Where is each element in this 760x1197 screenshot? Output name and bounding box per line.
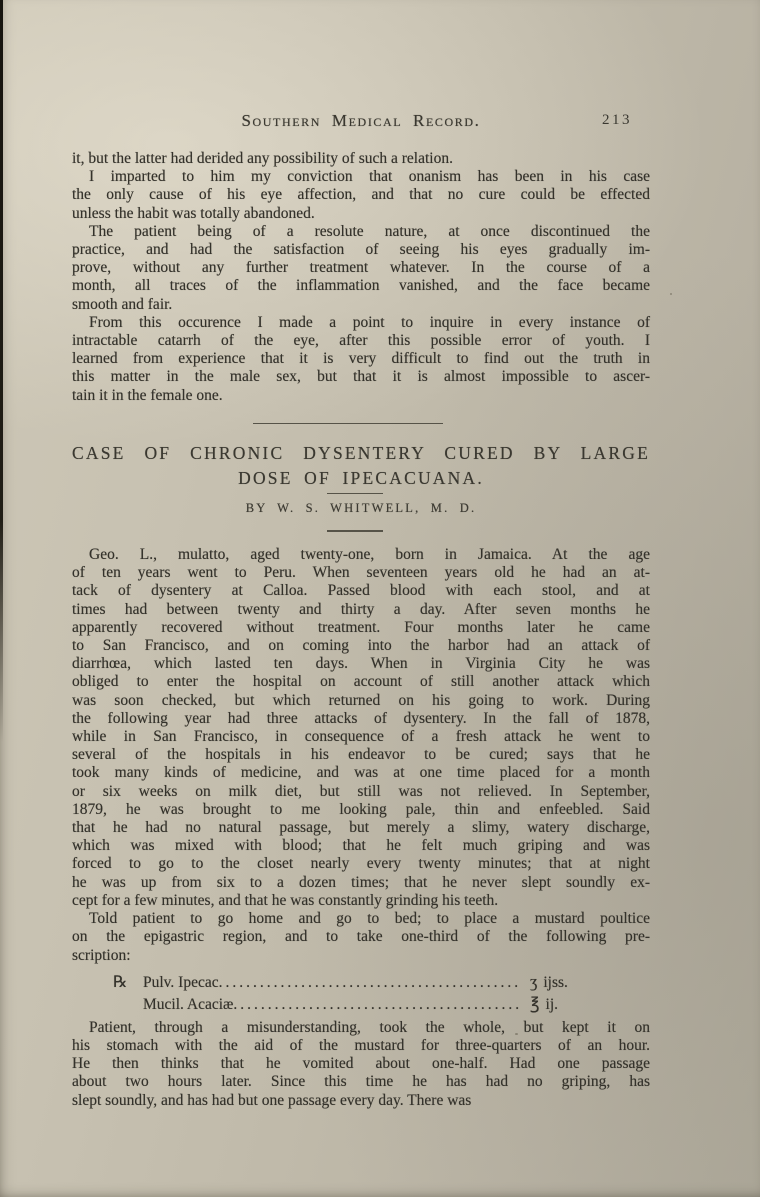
text-line: tain it in the female one. bbox=[72, 387, 650, 405]
text-line: his stomach with the aid of the mustard … bbox=[72, 1037, 650, 1055]
text-line: 1879, he was brought to me looking pale,… bbox=[72, 801, 650, 819]
text-line: forced to go to the closet nearly every … bbox=[72, 855, 650, 873]
title-rule bbox=[327, 493, 383, 495]
rx-symbol: ℞ bbox=[113, 972, 143, 993]
text-line: I imparted to him my conviction that ona… bbox=[72, 168, 650, 186]
text-line: while in San Francisco, in consequence o… bbox=[72, 728, 650, 746]
text-line: the following year had three attacks of … bbox=[72, 710, 650, 728]
text-line: apparently recovered without treatment. … bbox=[72, 619, 650, 637]
text-line: From this occurence I made a point to in… bbox=[72, 314, 650, 332]
text-line: was soon checked, but which returned on … bbox=[72, 692, 650, 710]
text-line: scription: bbox=[72, 947, 650, 965]
text-line: of ten years went to Peru. When seventee… bbox=[72, 564, 650, 582]
text-line: Patient, through a misunderstanding, too… bbox=[72, 1019, 650, 1037]
text-line: times had between twenty and thirty a da… bbox=[72, 601, 650, 619]
text-line: prove, without any further treatment wha… bbox=[72, 259, 650, 277]
scanned-journal-page: Southern Medical Record. 213 it, but the… bbox=[0, 0, 760, 1197]
article-title-line1: CASE OF CHRONIC DYSENTERY CURED BY LARGE bbox=[72, 441, 650, 466]
dot-leader: ........................................… bbox=[233, 994, 521, 1015]
journal-title: Southern Medical Record. bbox=[72, 111, 650, 131]
text-line: to San Francisco, and on coming into the… bbox=[72, 637, 650, 655]
paragraph: The patient being of a resolute nature, … bbox=[72, 223, 650, 314]
text-line: about two hours later. Since this time h… bbox=[72, 1073, 650, 1091]
text-line: it, but the latter had derided any possi… bbox=[72, 150, 650, 168]
text-line: cept for a few minutes, and that he was … bbox=[72, 892, 650, 910]
running-header: Southern Medical Record. 213 bbox=[72, 111, 650, 131]
section-divider-rule bbox=[253, 423, 443, 424]
apothecary-unit-symbol: ʒ bbox=[530, 972, 543, 991]
scan-edge-shadow bbox=[0, 0, 3, 742]
paragraph: I imparted to him my conviction that ona… bbox=[72, 168, 650, 223]
text-line: intractable catarrh of the eye, after th… bbox=[72, 332, 650, 350]
prescription-block: ℞Pulv. Ipecac...........................… bbox=[113, 971, 604, 1015]
prescription-row: ℞Pulv. Ipecac...........................… bbox=[113, 971, 604, 993]
article-title: CASE OF CHRONIC DYSENTERY CURED BY LARGE… bbox=[72, 441, 650, 491]
text-line: several of the hospitals in his endeavor… bbox=[72, 746, 650, 764]
byline-rule bbox=[327, 530, 383, 532]
closing-paragraphs: Patient, through a misunderstanding, too… bbox=[72, 1019, 650, 1110]
quantity-value: ij. bbox=[546, 996, 559, 1013]
dot-leader: ........................................… bbox=[219, 972, 521, 993]
apothecary-unit-symbol: ℥ bbox=[530, 994, 546, 1013]
text-line: took many kinds of medicine, and was at … bbox=[72, 764, 650, 782]
quantity-value: ijss. bbox=[543, 974, 568, 991]
paragraph: it, but the latter had derided any possi… bbox=[72, 150, 650, 168]
text-line: that he had no natural passage, but mere… bbox=[72, 819, 650, 837]
text-line: He then thinks that he vomited about one… bbox=[72, 1055, 650, 1073]
text-line: learned from experience that it is very … bbox=[72, 350, 650, 368]
intro-paragraphs: it, but the latter had derided any possi… bbox=[72, 150, 650, 405]
text-line: practice, and had the satisfaction of se… bbox=[72, 241, 650, 259]
text-line: he was up from six to a dozen times; tha… bbox=[72, 874, 650, 892]
article-byline: BY W. S. WHITWELL, M. D. bbox=[72, 501, 650, 515]
text-line: obliged to enter the hospital on account… bbox=[72, 673, 650, 691]
text-line: diarrhœa, which lasted ten days. When in… bbox=[72, 655, 650, 673]
text-line: on the epigastric region, and to take on… bbox=[72, 928, 650, 946]
text-line: Geo. L., mulatto, aged twenty-one, born … bbox=[72, 546, 650, 564]
text-line: tack of dysentery at Calloa. Passed bloo… bbox=[72, 582, 650, 600]
text-line: The patient being of a resolute nature, … bbox=[72, 223, 650, 241]
article-paragraphs: Geo. L., mulatto, aged twenty-one, born … bbox=[72, 546, 650, 965]
article-title-line2: DOSE OF IPECACUANA. bbox=[72, 466, 650, 491]
paragraph: Told patient to go home and go to bed; t… bbox=[72, 910, 650, 965]
paragraph: Geo. L., mulatto, aged twenty-one, born … bbox=[72, 546, 650, 910]
paragraph: Patient, through a misunderstanding, too… bbox=[72, 1019, 650, 1110]
paper-speck bbox=[670, 293, 672, 295]
ingredient-name: Mucil. Acaciæ bbox=[143, 994, 233, 1015]
text-line: slept soundly, and has had but one passa… bbox=[72, 1092, 650, 1110]
quantity: ℥ij. bbox=[521, 993, 604, 1015]
ingredient-name: Pulv. Ipecac bbox=[143, 972, 219, 993]
text-line: month, all traces of the inflammation va… bbox=[72, 277, 650, 295]
text-line: unless the habit was totally abandoned. bbox=[72, 205, 650, 223]
text-line: this matter in the male sex, but that it… bbox=[72, 368, 650, 386]
text-line: smooth and fair. bbox=[72, 296, 650, 314]
text-line: the only cause of his eye affection, and… bbox=[72, 186, 650, 204]
text-column: it, but the latter had derided any possi… bbox=[72, 150, 650, 1110]
paragraph: From this occurence I made a point to in… bbox=[72, 314, 650, 405]
text-line: which was mixed with blood; that he felt… bbox=[72, 837, 650, 855]
text-line: or six weeks on milk diet, but still was… bbox=[72, 783, 650, 801]
prescription-row: Mucil. Acaciæ...........................… bbox=[113, 993, 604, 1015]
text-line: Told patient to go home and go to bed; t… bbox=[72, 910, 650, 928]
quantity: ʒijss. bbox=[521, 971, 604, 993]
page-number: 213 bbox=[602, 112, 632, 129]
